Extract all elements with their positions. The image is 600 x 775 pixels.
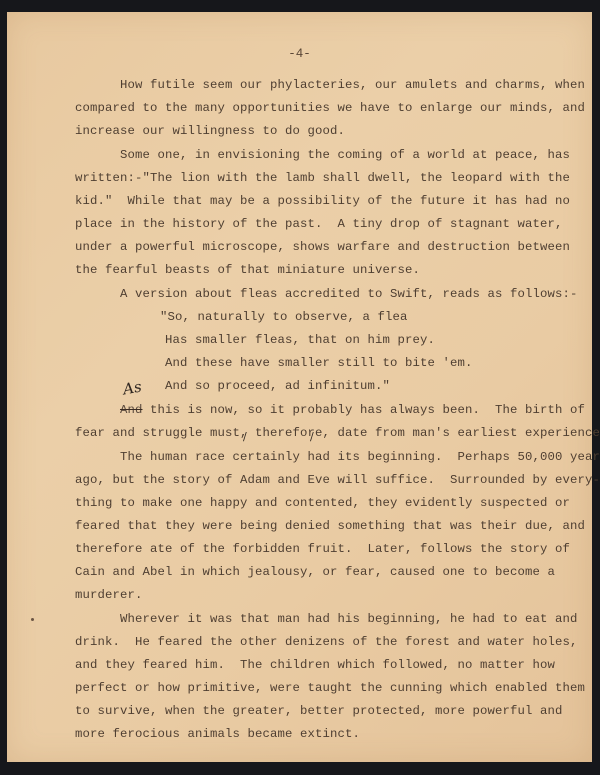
- text-line: Cain and Abel in which jealousy, or fear…: [75, 562, 555, 582]
- text-line: A version about fleas accredited to Swif…: [75, 284, 577, 304]
- text-line: The human race certainly had its beginni…: [75, 447, 600, 467]
- verse-line: Has smaller fleas, that on him prey.: [75, 330, 435, 350]
- text-line: compared to the many opportunities we ha…: [75, 98, 585, 118]
- comma-insert-mark: /: [310, 430, 314, 443]
- struck-word: And: [120, 403, 143, 417]
- text-line: thing to make one happy and contented, t…: [75, 493, 570, 513]
- text-line: How futile seem our phylacteries, our am…: [75, 75, 585, 95]
- text-line: to survive, when the greater, better pro…: [75, 701, 562, 721]
- page-number: -4-: [7, 47, 592, 61]
- text-line: place in the history of the past. A tiny…: [75, 214, 562, 234]
- text-line: increase our willingness to do good.: [75, 121, 345, 141]
- text-line-rest: this is now, so it probably has always b…: [143, 403, 585, 417]
- text-line: the fearful beasts of that miniature uni…: [75, 260, 420, 280]
- typewritten-page: -4- How futile seem our phylacteries, ou…: [7, 12, 592, 762]
- text-line: under a powerful microscope, shows warfa…: [75, 237, 570, 257]
- text-line: and they feared him. The children which …: [75, 655, 555, 675]
- text-line: more ferocious animals became extinct.: [75, 724, 360, 744]
- text-line: perfect or how primitive, were taught th…: [75, 678, 585, 698]
- text-line: fear and struggle must, therefore, date …: [75, 423, 600, 443]
- text-line: therefore ate of the forbidden fruit. La…: [75, 539, 570, 559]
- comma-insert-mark: /: [243, 430, 247, 443]
- text-line: feared that they were being denied somet…: [75, 516, 585, 536]
- text-line: written:-"The lion with the lamb shall d…: [75, 168, 570, 188]
- text-line: ago, but the story of Adam and Eve will …: [75, 470, 600, 490]
- text-line: murderer.: [75, 585, 143, 605]
- verse-line: And these have smaller still to bite 'em…: [75, 353, 472, 373]
- verse-line: "So, naturally to observe, a flea: [75, 307, 407, 327]
- text-line: kid." While that may be a possibility of…: [75, 191, 570, 211]
- text-line: Some one, in envisioning the coming of a…: [75, 145, 570, 165]
- text-line-corrected: And this is now, so it probably has alwa…: [75, 400, 585, 420]
- text-line: drink. He feared the other denizens of t…: [75, 632, 577, 652]
- ink-speck: [31, 618, 34, 621]
- handwritten-correction: As: [122, 378, 144, 399]
- text-line: Wherever it was that man had his beginni…: [75, 609, 577, 629]
